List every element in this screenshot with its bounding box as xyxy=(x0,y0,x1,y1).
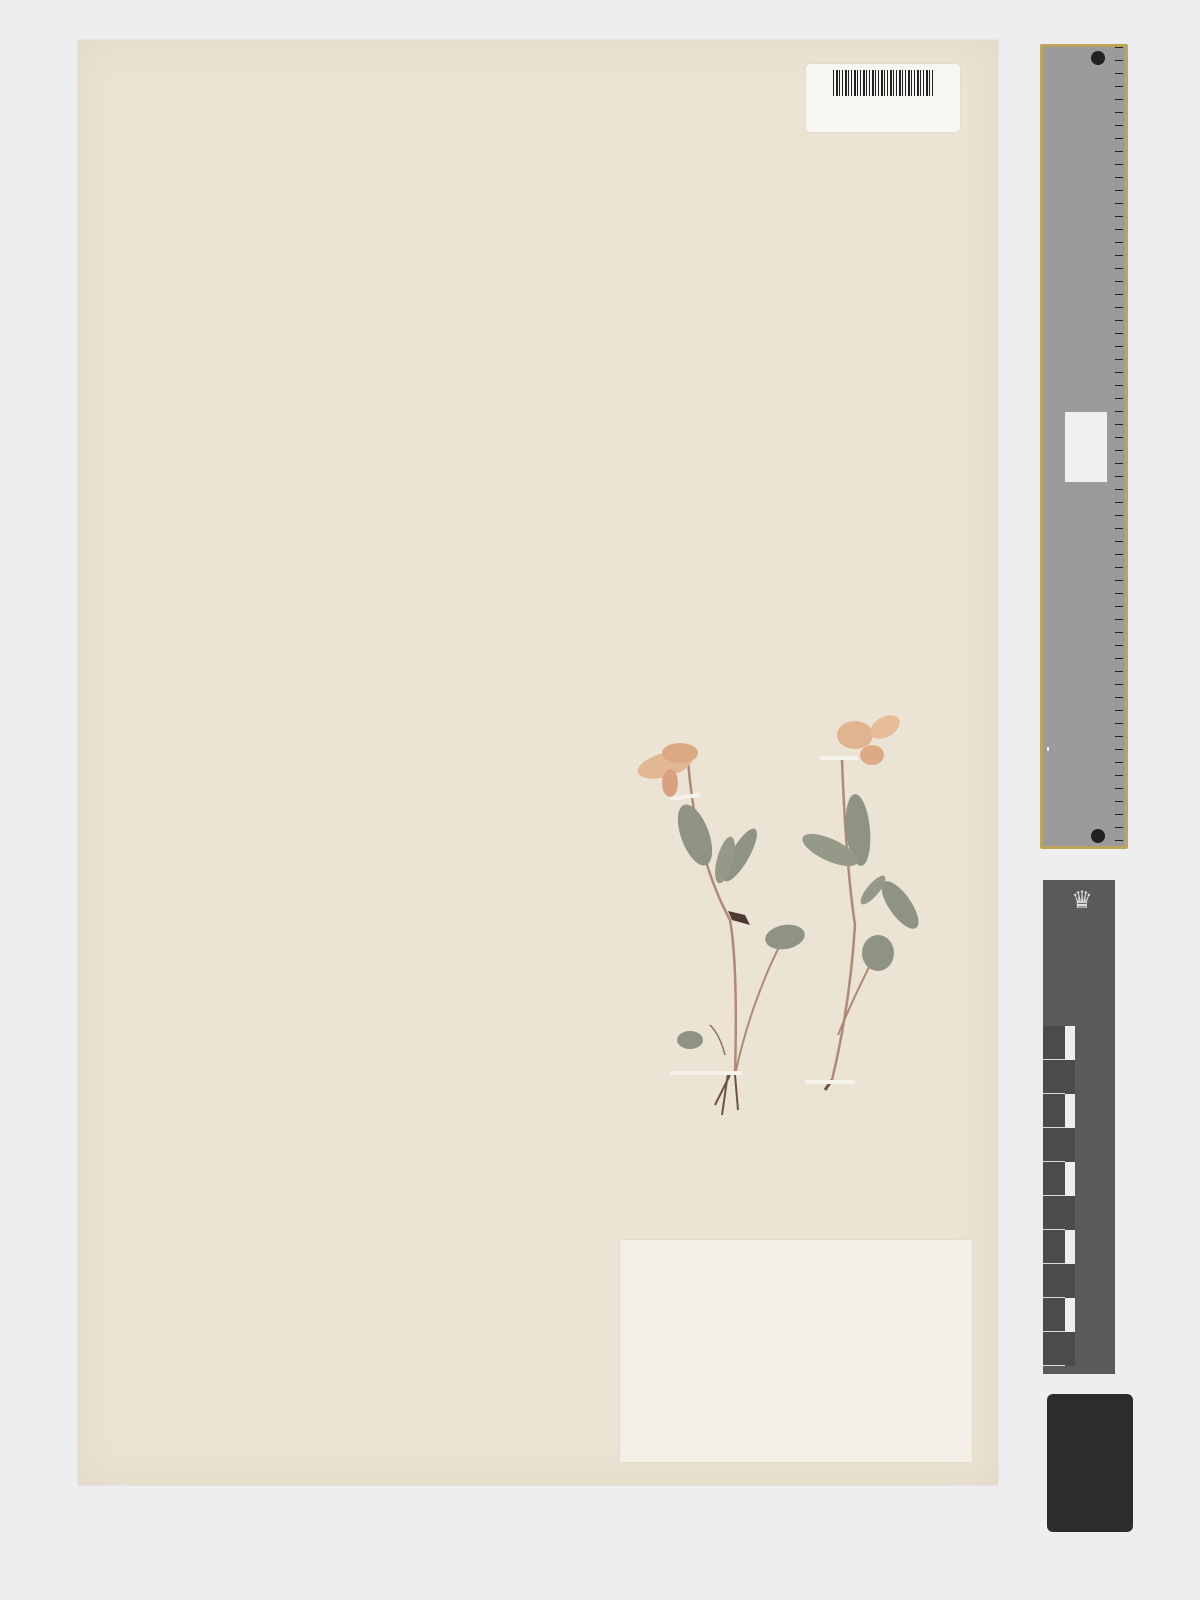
plant-specimen xyxy=(610,705,930,1125)
royal-crest-icon: ♛ xyxy=(1067,886,1097,916)
ruler-alternating-bar xyxy=(1065,1026,1075,1366)
barcode-label xyxy=(806,64,960,132)
scale-id xyxy=(1047,747,1049,751)
specimen-label xyxy=(620,1240,972,1462)
color-checker xyxy=(1047,1394,1133,1532)
ruler-ticks xyxy=(1115,47,1123,846)
calibration-target xyxy=(1065,412,1107,482)
mount-hole-icon xyxy=(1091,829,1105,843)
barcode-icon xyxy=(833,70,933,96)
mount-hole-icon xyxy=(1091,51,1105,65)
color-scale-bar xyxy=(1040,44,1128,849)
herbarium-sheet xyxy=(78,40,998,1485)
kew-ruler: ♛ xyxy=(1043,880,1115,1374)
ruler-blocks xyxy=(1043,1026,1065,1366)
